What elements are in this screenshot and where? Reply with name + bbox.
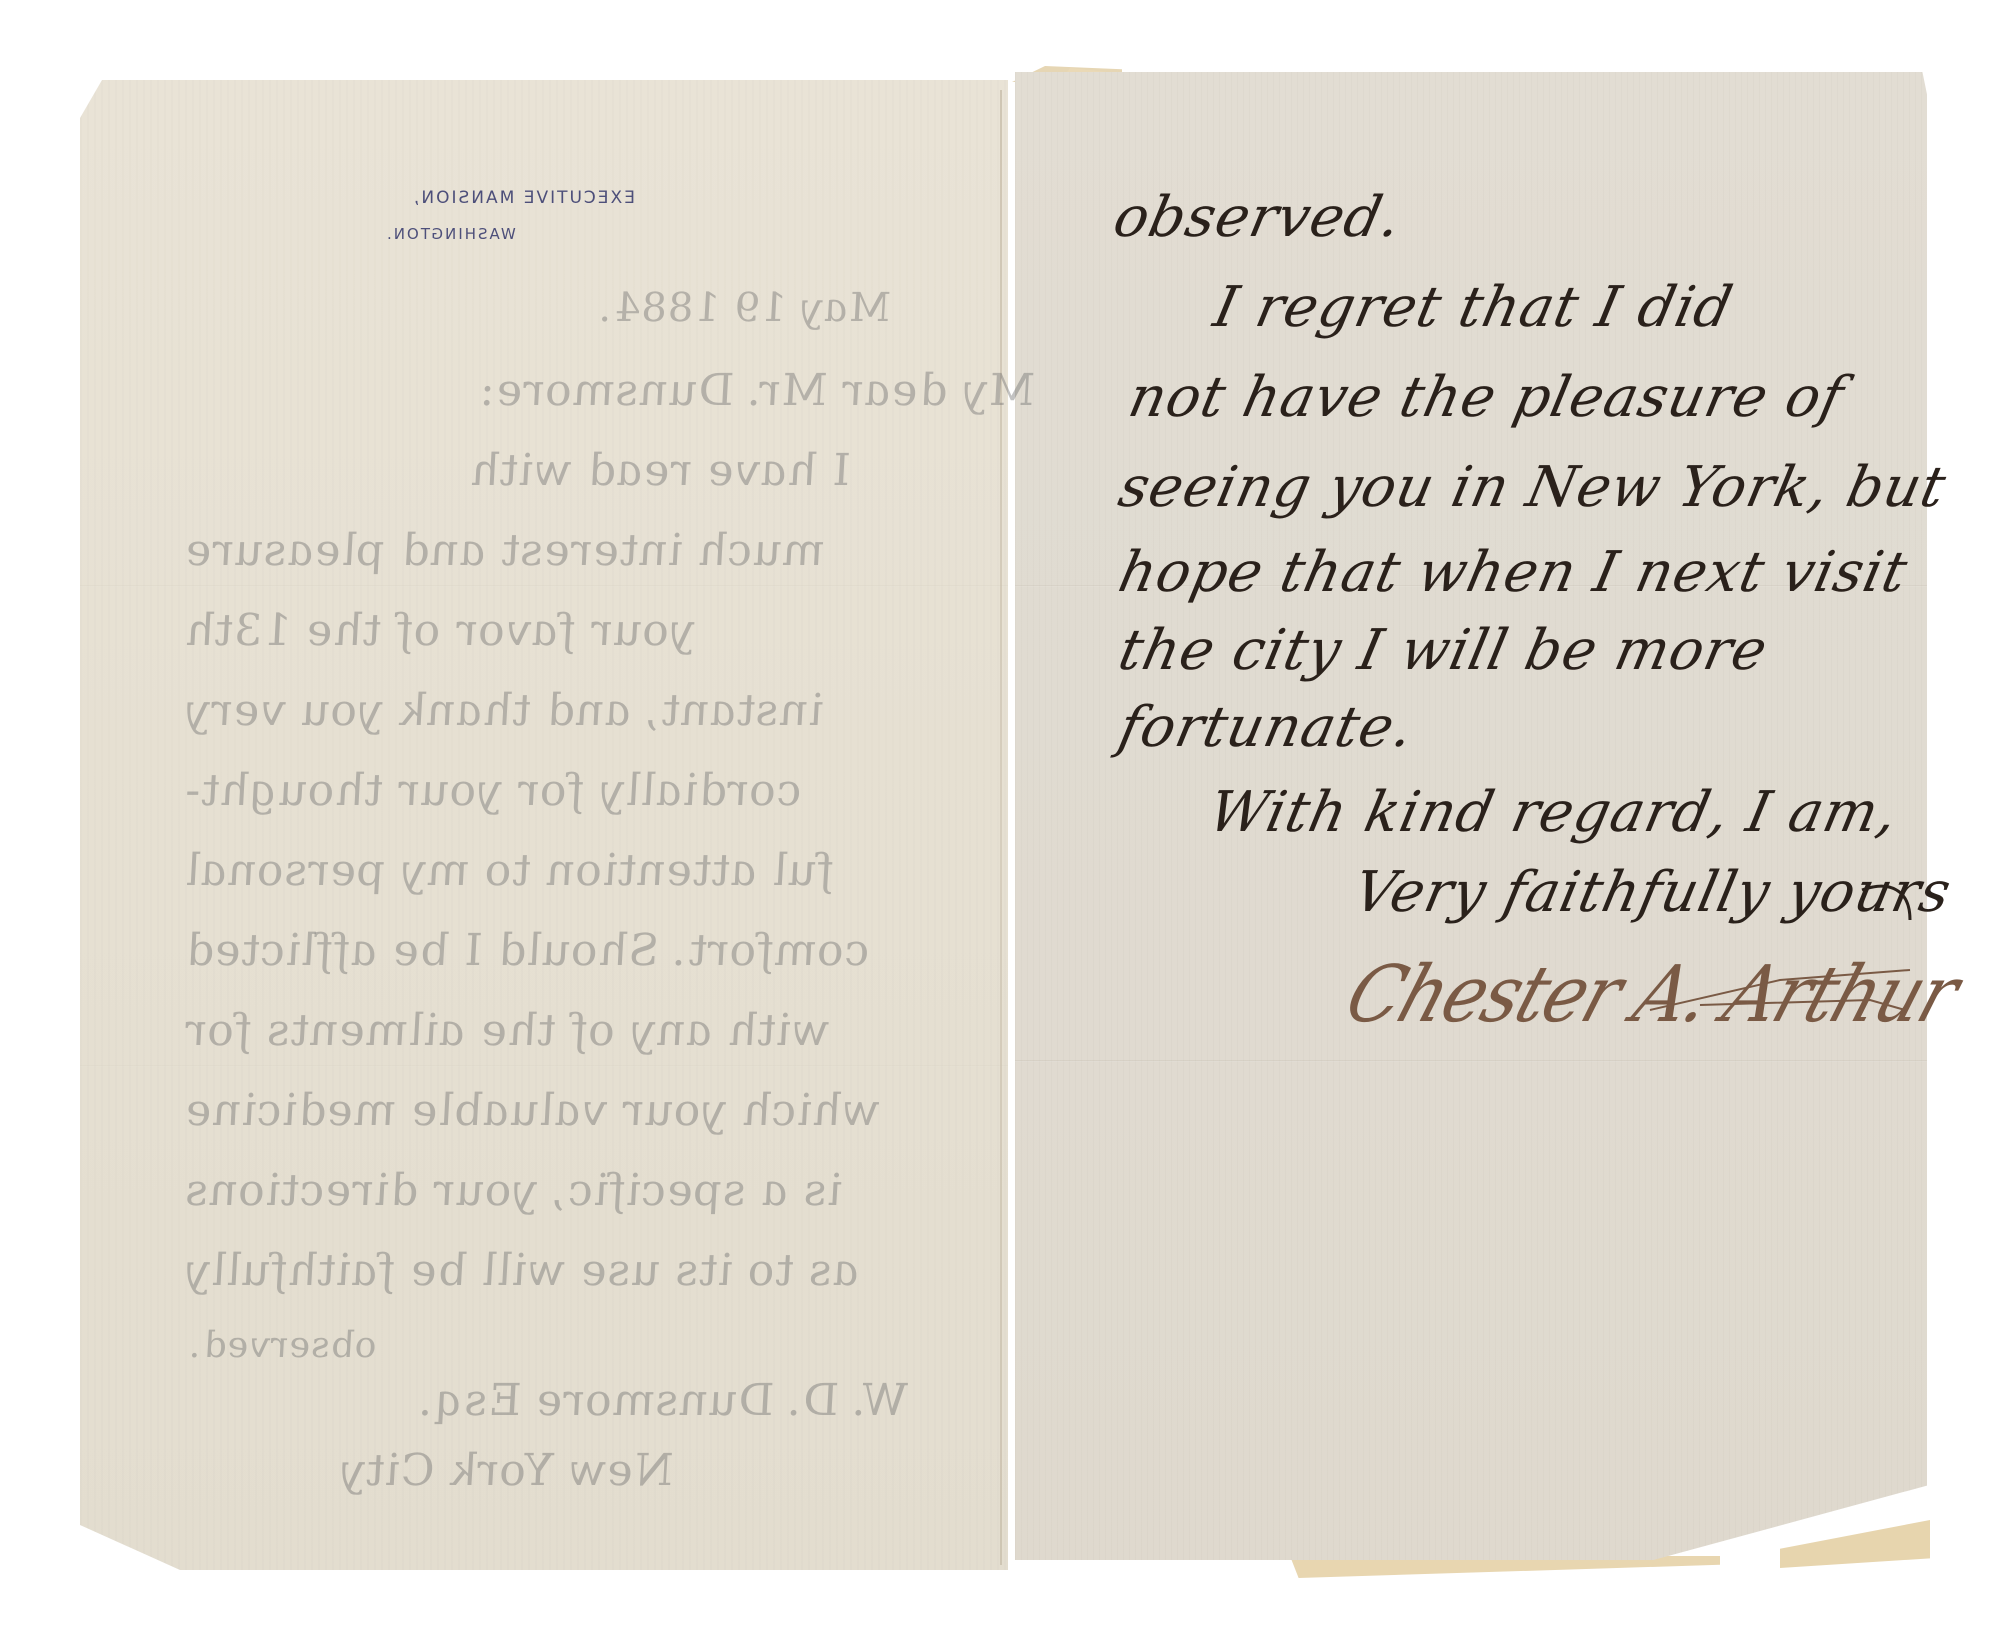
bleed-through-line: as to its use will be faithfully <box>179 1245 866 1296</box>
letter-line: fortunate. <box>1113 695 1420 760</box>
bleed-through-line: May 19 1884. <box>594 285 896 331</box>
fold-crease <box>80 1065 1008 1067</box>
bleed-through-line: which your valuable medicine <box>179 1085 887 1136</box>
bleed-through-line: your favor of the 13th <box>179 605 702 656</box>
letterhead-line-1: EXECUTIVE MANSION, <box>412 188 635 208</box>
bleed-through-line: ful attention to my personal <box>179 845 841 896</box>
bleed-through-addressee: W. D. Dunsmore Esq. <box>414 1375 914 1426</box>
letter-line: not have the pleasure of <box>1123 365 1850 430</box>
bleed-through-line: instant, and thank you very <box>179 685 830 736</box>
signature-underline-flourish <box>1640 960 1920 1020</box>
letter-line: the city I will be more <box>1113 618 1773 683</box>
bleed-through-line: cordially for your thought- <box>179 765 809 816</box>
letter-closing-line: With kind regard, I am, <box>1203 780 1904 845</box>
letter-line: observed. <box>1108 185 1407 250</box>
under-sheet-edge-bottom-right <box>1780 1520 1930 1568</box>
bleed-through-line: much interest and pleasure <box>179 525 831 576</box>
letter-line: I regret that I did <box>1208 275 1739 340</box>
letter-line: seeing you in New York, but <box>1113 455 1952 520</box>
letter-line: hope that when I next visit <box>1113 540 1913 605</box>
bleed-through-line: with any of the ailments for <box>179 1005 836 1056</box>
bleed-through-line: is a specific, your directions <box>179 1165 849 1216</box>
bleed-through-line: My dear Mr. Dunsmore: <box>474 365 1041 416</box>
letterhead-line-2: WASHINGTON. <box>385 225 516 243</box>
bleed-through-line: I have read with <box>464 445 857 496</box>
page-gutter <box>1000 90 1002 1565</box>
valediction-flourish <box>1860 880 1920 930</box>
bleed-through-addressee-city: New York City <box>334 1445 680 1496</box>
fold-crease <box>80 585 1008 587</box>
fold-crease <box>1015 1060 1927 1062</box>
bleed-through-line: comfort. Should I be afflicted <box>179 925 877 976</box>
bleed-through-line: observed. <box>185 1325 382 1366</box>
